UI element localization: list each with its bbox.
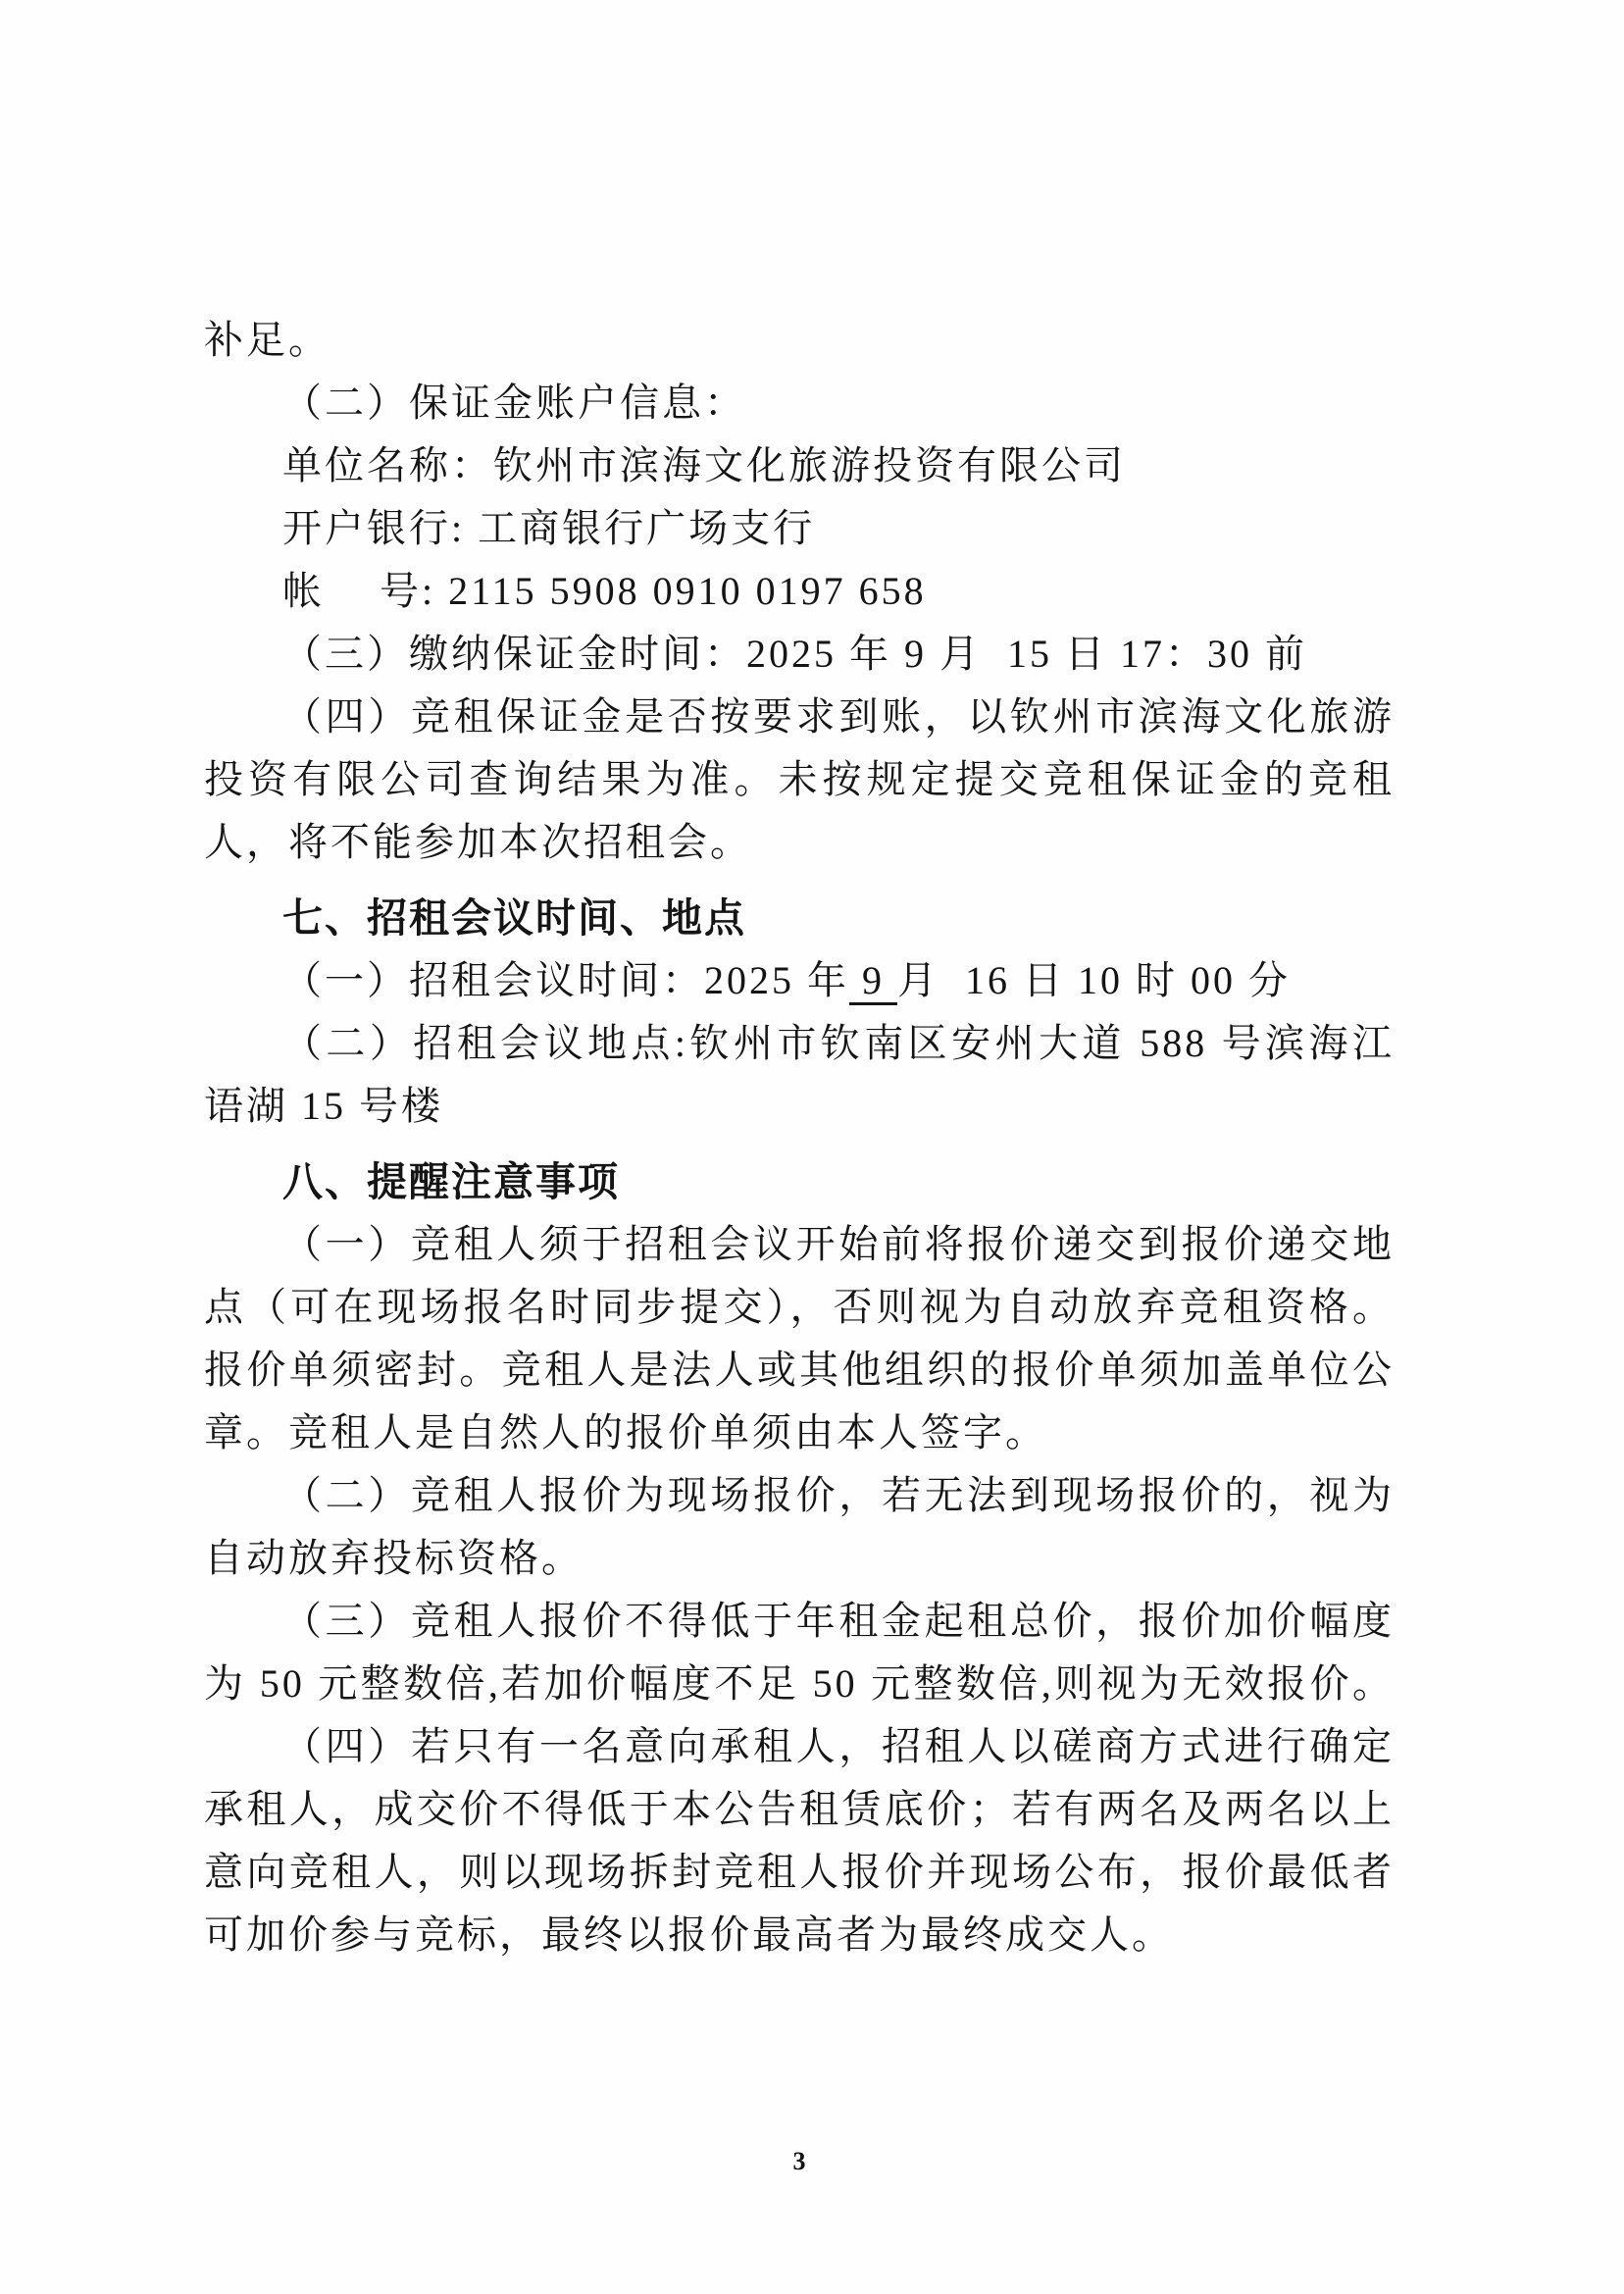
notice-1-line-1: （一）竞租人须于招租会议开始前将报价递交到报价递交地 [204, 1213, 1395, 1276]
text-run: （二）保证金账户信息： [282, 381, 746, 425]
section-8-heading: 八、提醒注意事项 [204, 1150, 1395, 1213]
text-run: 语湖 15 号楼 [204, 1084, 443, 1128]
notice-2-line-1: （二）竞租人报价为现场报价，若无法到现场报价的，视为 [204, 1464, 1395, 1527]
document-body: 补足。（二）保证金账户信息：单位名称：钦州市滨海文化旅游投资有限公司开户银行: … [204, 309, 1395, 1966]
account-number: 帐 号: 2115 5908 0910 0197 658 [204, 560, 1395, 623]
notice-2-line-2: 自动放弃投标资格。 [204, 1527, 1395, 1590]
text-run: （四）若只有一名意向承租人，招租人以磋商方式进行确定 [282, 1724, 1395, 1768]
text-run: 开户银行: 工商银行广场支行 [282, 506, 815, 550]
text-run: 意向竞租人，则以现场拆封竞租人报价并现场公布，报价最低者 [204, 1850, 1395, 1894]
notice-4-line-4: 可加价参与竞标，最终以报价最高者为最终成交人。 [204, 1904, 1395, 1966]
item-4-deposit-check-line-2: 投资有限公司查询结果为准。未按规定提交竞租保证金的竞租 [204, 748, 1395, 811]
text-run: （三）竞租人报价不得低于年租金起租总价，报价加价幅度 [282, 1599, 1395, 1643]
document-page: 补足。（二）保证金账户信息：单位名称：钦州市滨海文化旅游投资有限公司开户银行: … [0, 0, 1624, 2294]
notice-1-line-3: 报价单须密封。竞租人是法人或其他组织的报价单须加盖单位公 [204, 1339, 1395, 1402]
text-run: 人，将不能参加本次招租会。 [204, 820, 752, 864]
item-4-deposit-check-line-3: 人，将不能参加本次招租会。 [204, 811, 1395, 874]
text-run: （二）竞租人报价为现场报价，若无法到现场报价的，视为 [282, 1473, 1395, 1517]
text-run: （一）竞租人须于招租会议开始前将报价递交到报价递交地 [282, 1222, 1395, 1266]
text-run: （二）招租会议地点:钦州市钦南区安州大道 588 号滨海江 [282, 1021, 1395, 1065]
text-run: 可加价参与竞标，最终以报价最高者为最终成交人。 [204, 1912, 1174, 1957]
text-run: 单位名称：钦州市滨海文化旅游投资有限公司 [282, 443, 1126, 487]
item-2-deposit-account-heading: （二）保证金账户信息： [204, 372, 1395, 434]
notice-3-line-1: （三）竞租人报价不得低于年租金起租总价，报价加价幅度 [204, 1590, 1395, 1653]
text-run: 帐 号: 2115 5908 0910 0197 658 [282, 569, 927, 613]
notice-3-line-2: 为 50 元整数倍,若加价幅度不足 50 元整数倍,则视为无效报价。 [204, 1653, 1395, 1715]
text-run: 八、提醒注意事项 [282, 1159, 620, 1204]
section-7-heading: 七、招租会议时间、地点 [204, 887, 1395, 949]
notice-1-line-4: 章。竞租人是自然人的报价单须由本人签字。 [204, 1402, 1395, 1464]
text-run: （一）招租会议时间：2025 年 [282, 958, 849, 1002]
account-bank: 开户银行: 工商银行广场支行 [204, 497, 1395, 560]
meeting-time: （一）招租会议时间：2025 年 9 月 16 日 10 时 00 分 [204, 949, 1395, 1012]
notice-1-line-2: 点（可在现场报名时同步提交），否则视为自动放弃竞租资格。 [204, 1276, 1395, 1339]
notice-4-line-3: 意向竞租人，则以现场拆封竞租人报价并现场公布，报价最低者 [204, 1841, 1395, 1904]
text-run: 月 16 日 10 时 00 分 [897, 958, 1291, 1002]
text-run: （四）竞租保证金是否按要求到账，以钦州市滨海文化旅游 [282, 694, 1395, 739]
text-run: （三）缴纳保证金时间：2025 年 9 月 15 日 17：30 前 [282, 632, 1307, 676]
text-run: 自动放弃投标资格。 [204, 1536, 584, 1580]
text-run: 投资有限公司查询结果为准。未按规定提交竞租保证金的竞租 [204, 757, 1395, 801]
notice-4-line-1: （四）若只有一名意向承租人，招租人以磋商方式进行确定 [204, 1715, 1395, 1778]
underlined-month-value: 9 [849, 958, 897, 1002]
notice-4-line-2: 承租人，成交价不得低于本公告租赁底价；若有两名及两名以上 [204, 1778, 1395, 1841]
meeting-place-line-2: 语湖 15 号楼 [204, 1075, 1395, 1138]
text-run: 为 50 元整数倍,若加价幅度不足 50 元整数倍,则视为无效报价。 [204, 1661, 1395, 1706]
text-run: 点（可在现场报名时同步提交），否则视为自动放弃竞租资格。 [204, 1285, 1395, 1329]
text-run: 承租人，成交价不得低于本公告租赁底价；若有两名及两名以上 [204, 1787, 1395, 1831]
paragraph-continuation-bucu: 补足。 [204, 309, 1395, 372]
page-number: 3 [204, 2146, 1395, 2177]
item-3-deposit-deadline: （三）缴纳保证金时间：2025 年 9 月 15 日 17：30 前 [204, 623, 1395, 686]
text-run: 补足。 [204, 318, 330, 362]
account-unit-name: 单位名称：钦州市滨海文化旅游投资有限公司 [204, 434, 1395, 497]
text-run: 报价单须密封。竞租人是法人或其他组织的报价单须加盖单位公 [204, 1348, 1395, 1392]
text-run: 七、招租会议时间、地点 [282, 895, 746, 941]
item-4-deposit-check-line-1: （四）竞租保证金是否按要求到账，以钦州市滨海文化旅游 [204, 686, 1395, 748]
text-run: 章。竞租人是自然人的报价单须由本人签字。 [204, 1410, 1047, 1454]
meeting-place-line-1: （二）招租会议地点:钦州市钦南区安州大道 588 号滨海江 [204, 1012, 1395, 1075]
